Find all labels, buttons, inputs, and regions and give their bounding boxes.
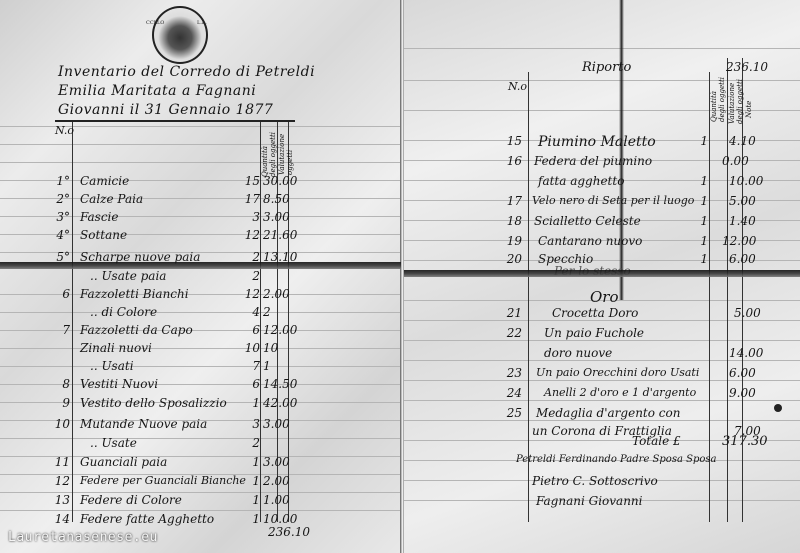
table-row: 22Un paio Fuchole (404, 326, 800, 344)
table-row: doro nuove14.00 (404, 346, 800, 364)
carry-forward-value: 236.10 (726, 60, 768, 74)
table-row: 7Fazzoletti da Capo612.00 (0, 323, 401, 341)
table-row: 10Mutande Nuove paia33.00 (0, 417, 401, 435)
table-row: 11Guanciali paia13.00 (0, 455, 401, 473)
table-row: 14Federe fatte Agghetto110.00 (0, 512, 401, 530)
column-header-notes: Note (745, 88, 753, 118)
column-header-quantity: Quantità degli oggetti (261, 132, 277, 177)
fold-crease-left (0, 262, 401, 269)
table-row: 3°Fascie33.00 (0, 210, 401, 228)
table-row: 12Federe per Guanciali Bianche12.00 (0, 474, 401, 492)
carry-forward-label: Riporto (582, 60, 631, 75)
table-row: fatta agghetto110.00 (404, 174, 800, 192)
table-row: 15Piumino Maletto14.10 (404, 134, 800, 152)
table-row: 19Cantarano nuovo112.00 (404, 234, 800, 252)
stamp-right-text: L.L. (197, 20, 207, 26)
watermark: Lauretanasenese.eu (8, 530, 158, 545)
witness-line: Petreldi Ferdinando Padre Sposa Sposa (516, 454, 716, 465)
table-row: 24Anelli 2 d'oro e 1 d'argento9.00 (404, 386, 800, 404)
total-value: 317.30 (722, 434, 768, 449)
table-row: .. Usate paia2 (0, 269, 401, 287)
table-row: 9Vestito dello Sposalizzio142.00 (0, 396, 401, 414)
table-row: 17Velo nero di Seta per il luogo15.00 (404, 194, 800, 212)
column-header-value: Valutazione degli oggetti (728, 74, 744, 124)
document-scan: CCLLO L.L. Inventario del Corredo di Pet… (0, 0, 800, 553)
column-header-number: N.o (55, 124, 74, 137)
table-row: 16Federa del piumino0.00 (404, 154, 800, 172)
column-header-value: Valutazione oggetti (278, 130, 294, 175)
title-line-2: Emilia Maritata a Fagnani (58, 83, 256, 99)
ink-spot (774, 404, 782, 412)
table-row: 21Crocetta Doro5.00 (404, 306, 800, 324)
signature-1: Pietro C. Sottoscrivo (532, 474, 658, 488)
table-row: 2°Calze Paia178.50 (0, 192, 401, 210)
table-row: 4°Sottane1221.60 (0, 228, 401, 246)
table-row: Zinali nuovi1010 (0, 341, 401, 359)
table-row: 8Vestiti Nuovi614.50 (0, 377, 401, 395)
total-label: Totale £ (632, 434, 681, 448)
seal-stamp-icon (152, 6, 208, 64)
table-row: .. di Colore42 (0, 305, 401, 323)
table-row: 18Scialletto Celeste11.40 (404, 214, 800, 232)
column-header-quantity: Quantità degli oggetti (710, 72, 726, 122)
table-row: .. Usate2 (0, 436, 401, 454)
table-row: .. Usati71 (0, 359, 401, 377)
stamp-left-text: CCLLO (146, 20, 164, 26)
table-row: 25Medaglia d'argento con (404, 406, 800, 424)
title-line-3: Giovanni il 31 Gennaio 1877 (58, 102, 273, 118)
table-row: 1°Camicie1530.00 (0, 174, 401, 192)
title-line-1: Inventario del Corredo di Petreldi (58, 64, 315, 80)
fold-crease-right (404, 270, 800, 277)
section-gold-heading: Oro (590, 288, 619, 306)
left-page: CCLLO L.L. Inventario del Corredo di Pet… (0, 0, 401, 553)
subtotal-left: 236.10 (268, 525, 310, 539)
table-row: 13Federe di Colore11.00 (0, 493, 401, 511)
table-row: 23Un paio Orecchini doro Usati6.00 (404, 366, 800, 384)
signature-2: Fagnani Giovanni (536, 494, 643, 508)
column-header-number: N.o (508, 80, 527, 93)
table-row: 6Fazzoletti Bianchi122.00 (0, 287, 401, 305)
